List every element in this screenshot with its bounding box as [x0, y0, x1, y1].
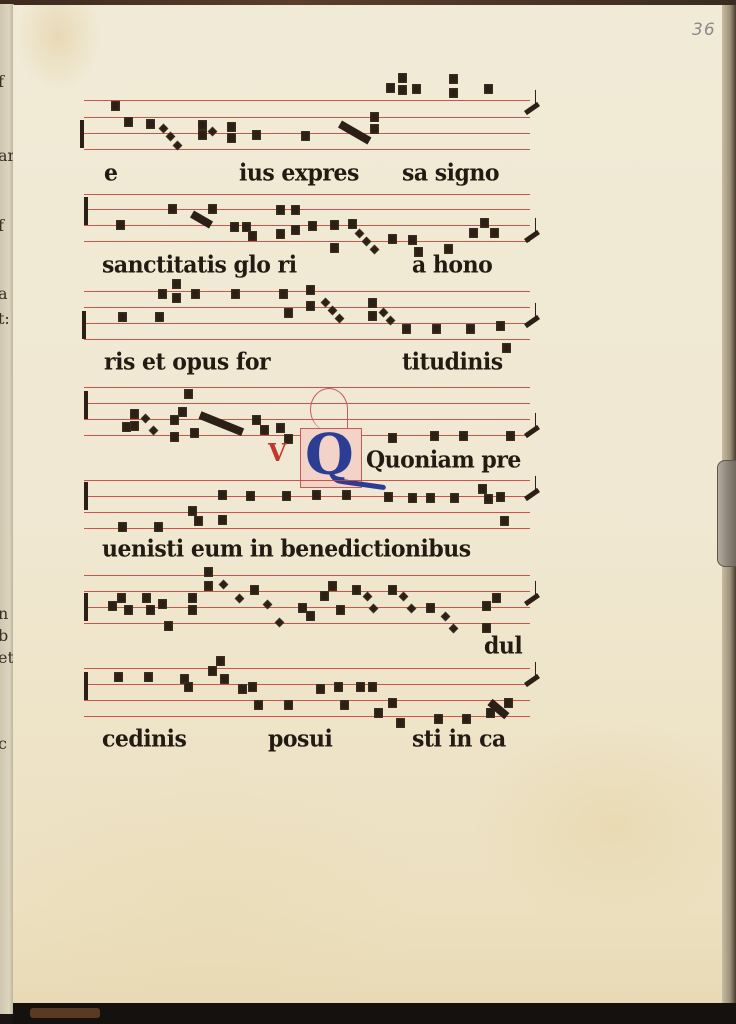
initial-letter: Q [305, 425, 354, 485]
c-clef-icon [84, 391, 88, 419]
prev-page-glyph: f [0, 216, 4, 235]
lyric-syllable: sanctitatis glo ri [102, 251, 297, 278]
neume [386, 83, 395, 93]
staff-line [84, 194, 530, 195]
neume [370, 124, 379, 134]
neume [188, 593, 197, 603]
neume [208, 666, 217, 676]
neume [276, 205, 285, 215]
lyric-syllable: sa signo [402, 159, 499, 186]
neume [168, 204, 177, 214]
neume [398, 85, 407, 95]
neume [320, 591, 329, 601]
neume [191, 289, 200, 299]
neume [484, 84, 493, 94]
neume [459, 431, 468, 441]
neume [408, 235, 417, 245]
book-bottom-shadow [13, 1003, 736, 1024]
neume [170, 432, 179, 442]
neume [308, 221, 317, 231]
neume [118, 522, 127, 532]
neume [194, 516, 203, 526]
neume [252, 415, 261, 425]
neume [301, 131, 310, 141]
staff-line [84, 403, 530, 404]
book-clasp [717, 460, 736, 567]
neume [276, 423, 285, 433]
lyric-syllable: a hono [412, 251, 492, 278]
neume [248, 682, 257, 692]
staff-line [84, 668, 530, 669]
staff-line [84, 209, 530, 210]
neume [284, 700, 293, 710]
neume [384, 492, 393, 502]
neume [184, 389, 193, 399]
c-clef-icon [80, 120, 84, 148]
staff-line [84, 225, 530, 226]
neume [500, 516, 509, 526]
lyric-syllable: ris et opus for [104, 348, 270, 375]
neume [368, 298, 377, 308]
neume [204, 567, 213, 577]
neume [124, 117, 133, 127]
neume [466, 324, 475, 334]
neume [328, 581, 337, 591]
c-clef-icon [84, 672, 88, 700]
neume [142, 593, 151, 603]
prev-page-glyph: c [0, 734, 7, 753]
neume [449, 88, 458, 98]
neume [370, 112, 379, 122]
neume [388, 585, 397, 595]
neume [306, 285, 315, 295]
neume [356, 682, 365, 692]
folio-number: 36 [692, 20, 716, 40]
neume [348, 219, 357, 229]
prev-page-glyph: b [0, 626, 8, 645]
neume [469, 228, 478, 238]
neume [388, 698, 397, 708]
neume [178, 407, 187, 417]
neume [172, 279, 181, 289]
prev-page-glyph: t: [0, 309, 10, 328]
neume [284, 308, 293, 318]
neume [336, 605, 345, 615]
neume [408, 493, 417, 503]
neume [434, 714, 443, 724]
neume [330, 243, 339, 253]
neume [188, 605, 197, 615]
staff-line [84, 528, 530, 529]
neume [398, 73, 407, 83]
staff-line [84, 575, 530, 576]
neume [111, 101, 120, 111]
neume [190, 428, 199, 438]
neume [306, 301, 315, 311]
neume [316, 684, 325, 694]
neume [276, 229, 285, 239]
neume [254, 700, 263, 710]
neume [340, 700, 349, 710]
staff-line [84, 387, 530, 388]
neume [412, 84, 421, 94]
neume [480, 218, 489, 228]
neume [449, 74, 458, 84]
prev-page-glyph: ar [0, 146, 14, 165]
neume [155, 312, 164, 322]
neume [146, 605, 155, 615]
neume [130, 409, 139, 419]
binding-stain [30, 1008, 100, 1018]
neume [252, 130, 261, 140]
lyric-syllable: dul [484, 632, 522, 659]
neume [198, 130, 207, 140]
staff-line [84, 480, 530, 481]
staff-line [84, 100, 530, 101]
staff-line [84, 339, 530, 340]
neume [388, 433, 397, 443]
neume [164, 621, 173, 631]
neume [204, 581, 213, 591]
neume [218, 490, 227, 500]
neume [146, 119, 155, 129]
neume [248, 231, 257, 241]
neume [334, 682, 343, 692]
previous-page-fragment: f ar f a t: n b et c [0, 4, 14, 1014]
lyric-syllable: uenisti eum in benedictionibus [102, 535, 471, 562]
neume [158, 599, 167, 609]
prev-page-glyph: n [0, 604, 8, 623]
staff-line [84, 512, 530, 513]
neume [227, 133, 236, 143]
versicle-rubric: V [268, 438, 287, 467]
staff-line [84, 241, 530, 242]
neume [374, 708, 383, 718]
c-clef-icon [84, 482, 88, 510]
neume [388, 234, 397, 244]
neume [220, 674, 229, 684]
neume [330, 220, 339, 230]
neume [496, 492, 505, 502]
neume [396, 718, 405, 728]
neume [218, 515, 227, 525]
neume [506, 431, 515, 441]
staff-line [84, 419, 530, 420]
c-clef-icon [84, 593, 88, 621]
neume [260, 425, 269, 435]
lyric-syllable: titudinis [402, 348, 503, 375]
neume [492, 593, 501, 603]
neume [144, 672, 153, 682]
neume [198, 120, 207, 130]
prev-page-glyph: et [0, 648, 14, 667]
neume [478, 484, 487, 494]
neume [188, 506, 197, 516]
neume [426, 603, 435, 613]
prev-page-glyph: f [0, 72, 4, 91]
staff-line [84, 149, 530, 150]
neume [246, 491, 255, 501]
neume [231, 289, 240, 299]
c-clef-icon [82, 311, 86, 339]
neume [282, 491, 291, 501]
neume [352, 585, 361, 595]
lyric-syllable: cedinis [102, 725, 186, 752]
neume [502, 343, 511, 353]
lyric-syllable: e [104, 159, 118, 186]
neume [118, 312, 127, 322]
neume [484, 494, 493, 504]
staff-line [84, 496, 530, 497]
neume [291, 225, 300, 235]
neume [250, 585, 259, 595]
lyric-syllable: sti in ca [412, 725, 506, 752]
neume [462, 714, 471, 724]
neume [154, 522, 163, 532]
staff-line [84, 700, 530, 701]
neume [368, 311, 377, 321]
neume [490, 228, 499, 238]
lyric-syllable: ius expres [239, 159, 359, 186]
neume [130, 421, 139, 431]
neume [450, 493, 459, 503]
neume [108, 601, 117, 611]
staff-line [84, 323, 530, 324]
neume [496, 321, 505, 331]
neume [158, 289, 167, 299]
neume [184, 682, 193, 692]
prev-page-glyph: a [0, 284, 8, 303]
neume [116, 220, 125, 230]
neume [238, 684, 247, 694]
neume [430, 431, 439, 441]
lyric-syllable: posui [268, 725, 332, 752]
neume [482, 601, 491, 611]
neume [230, 222, 239, 232]
neume [172, 293, 181, 303]
neume [342, 490, 351, 500]
neume [216, 656, 225, 666]
neume [306, 611, 315, 621]
neume [291, 205, 300, 215]
neume [368, 682, 377, 692]
neume [117, 593, 126, 603]
staff-line [84, 623, 530, 624]
illuminated-initial: Q [300, 428, 362, 488]
neume [279, 289, 288, 299]
c-clef-icon [84, 197, 88, 225]
neume [114, 672, 123, 682]
neume [227, 122, 236, 132]
neume [432, 324, 441, 334]
neume [426, 493, 435, 503]
lyric-syllable: Quoniam pre [366, 446, 521, 473]
neume [124, 605, 133, 615]
staff-line [84, 684, 530, 685]
manuscript-page [13, 5, 723, 1005]
neume [208, 204, 217, 214]
neume [402, 324, 411, 334]
neume [312, 490, 321, 500]
neume [504, 698, 513, 708]
